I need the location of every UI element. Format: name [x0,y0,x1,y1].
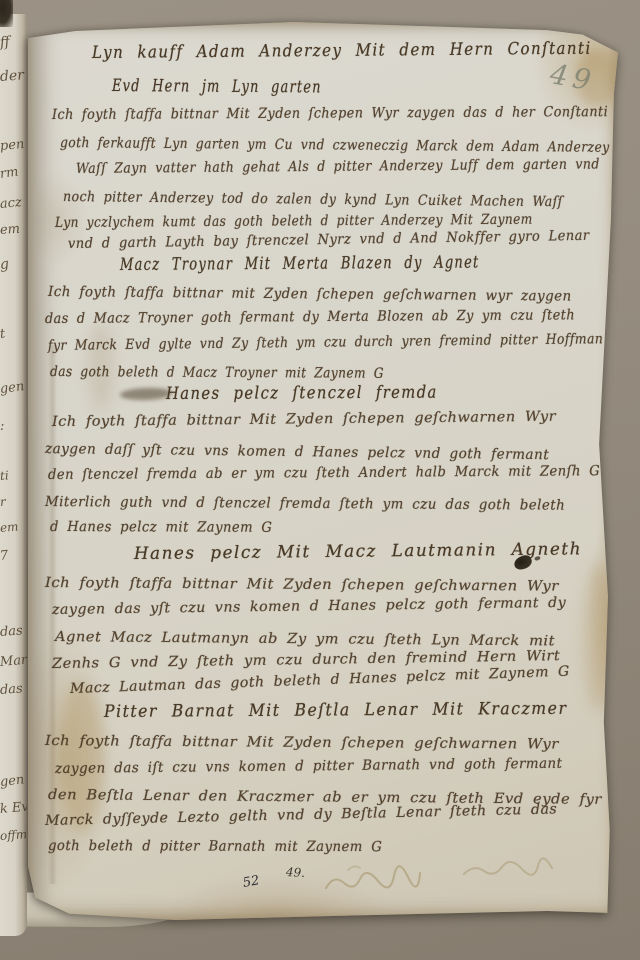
manuscript-photo: ffderpenrmaczemgtgen:tirem7dasMarckdasge… [0,0,640,960]
paper-crease [48,345,57,884]
margin-fragment: das [0,682,23,697]
margin-fragment: pen [0,138,25,153]
margin-fragment: gen [0,380,25,396]
stain-left-mid [88,322,114,412]
margin-fragment: g [0,257,10,272]
margin-fragment: ff [0,35,11,50]
margin-fragment: k Evd [0,800,27,816]
margin-fragment: rm [0,165,19,180]
margin-fragment: das [0,624,23,639]
manuscript-page [28,22,618,920]
stain-top-right [576,48,618,108]
margin-fragment: der [0,68,24,84]
margin-fragment: gen [0,773,25,788]
margin-fragment: em [0,223,20,237]
margin-fragment: acz [0,196,22,211]
margin-fragment: r [0,496,6,508]
margin-fragment: offman [0,827,27,842]
manuscript-page-wrap [28,22,618,920]
stain-right-margin [584,562,614,712]
stain-bottom-left [58,682,104,832]
margin-fragment: ti [0,469,9,482]
margin-fragment: 7 [0,549,9,563]
margin-fragment: : [0,420,4,433]
margin-fragment: t [0,328,6,341]
margin-fragment: em [0,520,19,534]
margin-fragment: Marck [0,652,27,669]
previous-page-edge: ffderpenrmaczemgtgen:tirem7dasMarckdasge… [0,14,27,936]
binding-dark-mark [0,0,13,27]
